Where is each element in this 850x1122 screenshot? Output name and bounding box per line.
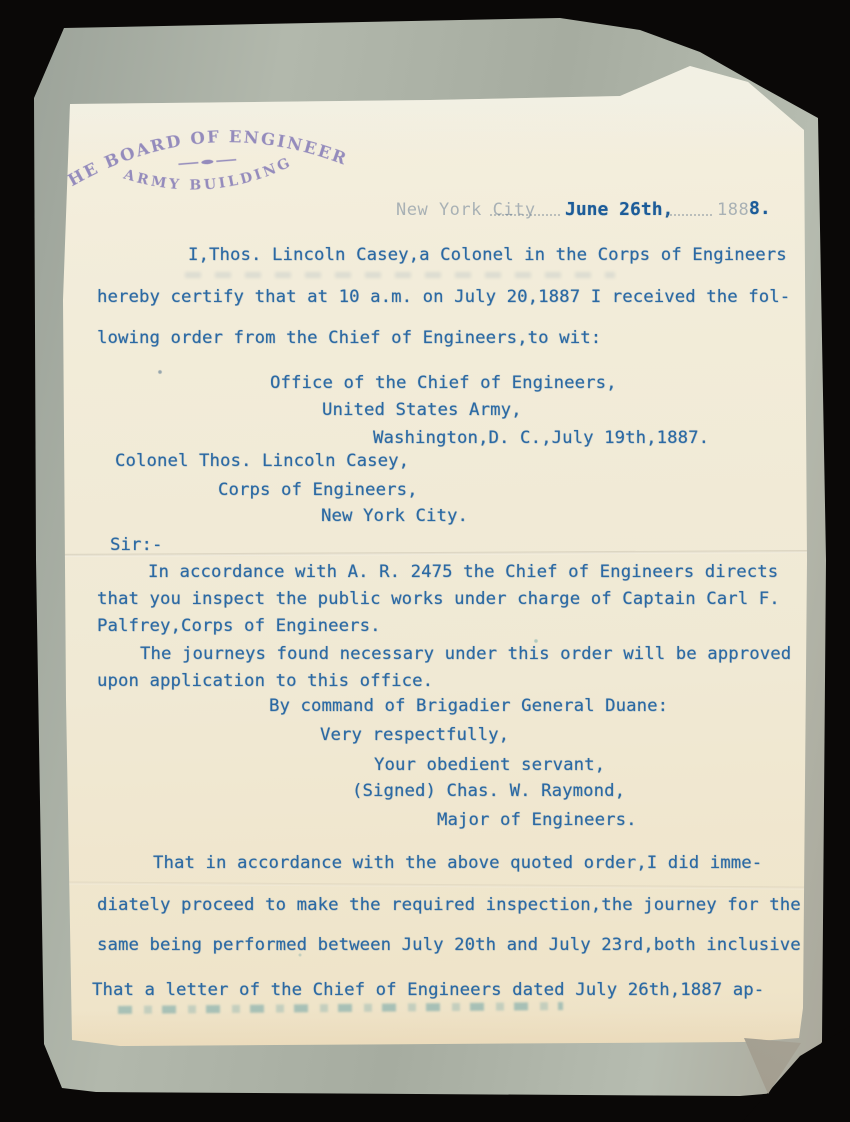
dateline-year-typed: 8. (749, 198, 771, 219)
ghost-offset-text (118, 1002, 563, 1014)
letter-line: Colonel Thos. Lincoln Casey, (115, 453, 409, 470)
letter-line: That a letter of the Chief of Engineers … (92, 982, 764, 999)
letter-line: Corps of Engineers, (218, 482, 418, 499)
dateline-leader (490, 214, 560, 216)
document-page: THE BOARD OF ENGINEERS ARMY BUILDING New… (0, 0, 850, 1122)
dateline-place: New York City (396, 200, 536, 220)
letter-line: lowing order from the Chief of Engineers… (97, 330, 601, 347)
letter-line: Major of Engineers. (437, 812, 637, 829)
letter-line: hereby certify that at 10 a.m. on July 2… (97, 289, 790, 306)
letter-line: same being performed between July 20th a… (97, 937, 801, 954)
ghost-offset-text (185, 272, 615, 278)
dateline-year-printed: 188 (717, 200, 749, 220)
letter-line: By command of Brigadier General Duane: (269, 698, 668, 715)
letter-line: Office of the Chief of Engineers, (270, 375, 617, 392)
letter-sheet: THE BOARD OF ENGINEERS ARMY BUILDING New… (0, 0, 850, 1122)
letter-line: That in accordance with the above quoted… (153, 855, 762, 872)
letter-line: I,Thos. Lincoln Casey,a Colonel in the C… (188, 247, 787, 264)
letter-line: (Signed) Chas. W. Raymond, (352, 783, 625, 800)
letter-line: Very respectfully, (320, 727, 509, 744)
letter-line: In accordance with A. R. 2475 the Chief … (148, 564, 778, 581)
letter-line: Sir:- (110, 537, 163, 554)
letter-line: diately proceed to make the required ins… (97, 897, 801, 914)
letter-line: Your obedient servant, (374, 757, 605, 774)
letter-line: United States Army, (322, 402, 522, 419)
letter-line: upon application to this office. (97, 673, 433, 690)
letter-line: New York City. (321, 508, 468, 525)
dateline-leader (666, 214, 712, 216)
letter-line: The journeys found necessary under this … (140, 646, 791, 663)
fold-crease-lower (55, 881, 810, 889)
fold-crease-upper (55, 550, 810, 557)
stamp-ornament-icon (178, 158, 236, 167)
letter-line: Washington,D. C.,July 19th,1887. (373, 430, 709, 447)
letter-line: that you inspect the public works under … (97, 591, 780, 608)
board-of-engineers-stamp: THE BOARD OF ENGINEERS ARMY BUILDING (59, 99, 356, 216)
dateline-date: June 26th, (565, 199, 673, 220)
letter-line: Palfrey,Corps of Engineers. (97, 618, 381, 635)
